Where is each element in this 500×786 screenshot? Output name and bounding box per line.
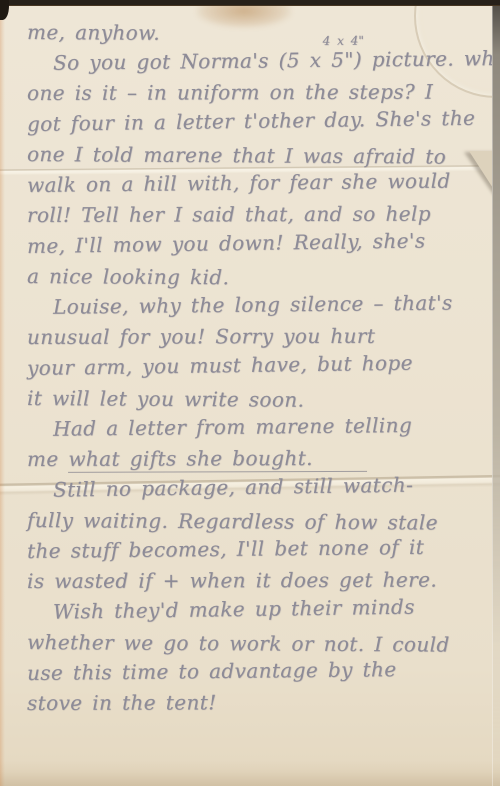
inserted-size-correction-note: 4 x 4" <box>297 34 364 47</box>
letter-text-segment: walk on a hill with, for fear she would <box>27 168 451 196</box>
letter-line: Wish they'd make up their minds <box>27 590 464 627</box>
letter-text-segment: Louise, why the long silence – that's <box>53 290 453 318</box>
letter-text-segment: Still no package, and still watch- <box>53 472 414 501</box>
letter-text-segment: the stuff becomes, I'll bet none of it <box>27 534 424 562</box>
letter-text-segment: is wasted if + when it does get here. <box>27 568 437 593</box>
letter-text-segment: me, I'll mow you down! Really, she's <box>27 228 426 258</box>
letter-text-segment: me, anyhow. <box>27 20 160 45</box>
letter-text-segment: your arm, you must have, but hope <box>27 350 413 379</box>
letter-text-segment: got four in a letter t'other day. She's … <box>27 105 476 135</box>
letter-line: Had a letter from marene telling <box>27 409 464 444</box>
letter-body: me, anyhow.So you got Norma's (5 x 5"4 x… <box>27 17 464 719</box>
underlined-phrase: what gifts she bought. <box>68 446 367 473</box>
letter-text-segment: use this time to advantage by the <box>27 657 397 685</box>
bottom-edge-shadow <box>0 760 500 786</box>
letter-line: the stuff becomes, I'll bet none of it <box>27 531 464 566</box>
right-edge-shadow <box>492 0 500 786</box>
top-left-corner-shadow <box>0 0 9 20</box>
letter-text-segment: unusual for you! Sorry you hurt <box>27 324 375 349</box>
letter-text-segment: one I told marene that I was afraid to <box>27 142 446 169</box>
letter-text-segment: ) picture. which <box>354 45 500 71</box>
letter-line: Still no package, and still watch- <box>27 468 464 505</box>
letter-text-segment: Had a letter from marene telling <box>53 412 412 440</box>
letter-line: stove in the tent! <box>27 686 464 718</box>
letter-line: your arm, you must have, but hope <box>27 346 464 383</box>
letter-text-segment: me <box>27 447 68 471</box>
letter-line: So you got Norma's (5 x 5"4 x 4") pictur… <box>27 43 464 78</box>
letter-line: use this time to advantage by the <box>27 653 464 688</box>
letter-text-segment: Wish they'd make up their minds <box>53 594 415 623</box>
letter-line: got four in a letter t'other day. She's … <box>27 102 464 139</box>
letter-text-segment: So you got Norma's ( <box>53 48 287 74</box>
letter-text-segment: stove in the tent! <box>27 690 217 715</box>
letter-line: me, I'll mow you down! Really, she's <box>27 224 464 261</box>
letter-line: walk on a hill with, for fear she would <box>27 165 464 200</box>
letter-scan-page: me, anyhow.So you got Norma's (5 x 5"4 x… <box>0 0 500 786</box>
letter-text-segment: roll! Tell her I said that, and so help <box>27 202 431 227</box>
letter-text-segment: 5 x 5"4 x 4" <box>287 47 354 72</box>
letter-line: Louise, why the long silence – that's <box>27 287 464 322</box>
letter-text-segment: it will let you write soon. <box>27 386 305 412</box>
top-edge-shadow <box>0 0 500 6</box>
letter-text-segment: whether we go to work or not. I could <box>27 630 450 657</box>
left-edge-tint <box>0 0 5 786</box>
letter-text-segment: one is it – in uniform on the steps? I <box>27 80 433 105</box>
letter-text-segment: fully waiting. Regardless of how stale <box>27 508 438 535</box>
letter-text-segment: a nice looking kid. <box>27 264 229 289</box>
